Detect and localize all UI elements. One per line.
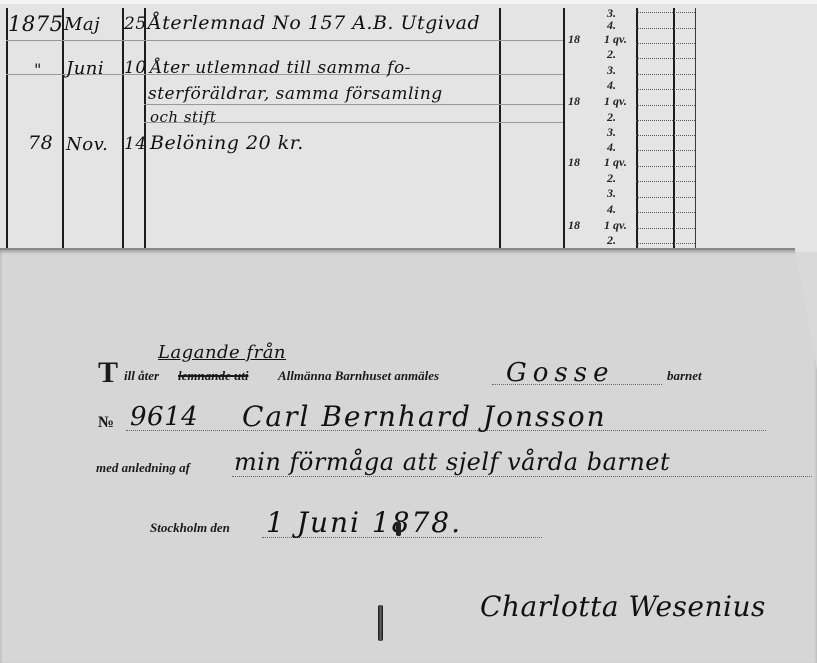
entry-day: 10 bbox=[124, 58, 147, 78]
quarter-dotline bbox=[636, 89, 695, 90]
quarter-dotline bbox=[636, 74, 695, 75]
column-rule bbox=[122, 8, 124, 252]
quarter-dotline bbox=[636, 120, 695, 121]
quarter-label: 3. bbox=[607, 63, 616, 78]
quarter-label: 2. bbox=[607, 47, 616, 62]
reason-field-line bbox=[232, 476, 812, 477]
notification-slip: Lagande från T ill åter lemnande uti All… bbox=[0, 250, 817, 663]
row-rule bbox=[6, 40, 563, 41]
quarter-label: 4. bbox=[607, 78, 616, 93]
entry-year: 78 bbox=[28, 132, 53, 154]
drop-cap: T bbox=[98, 356, 118, 390]
place-label: Stockholm den bbox=[150, 520, 230, 536]
entry-year: " bbox=[34, 60, 42, 79]
entry-text: Återlemnad No 157 A.B. Utgivad bbox=[148, 12, 480, 34]
signature: Charlotta Wesenius bbox=[480, 590, 766, 623]
entry-age: 18 bbox=[568, 155, 580, 170]
entry-month: Juni bbox=[66, 58, 104, 79]
pin-icon bbox=[378, 605, 383, 641]
quarter-dotline bbox=[636, 28, 695, 29]
reason-label: med anledning af bbox=[96, 460, 190, 476]
quarter-dotline bbox=[636, 150, 695, 151]
ledger-register-page: 1875 Maj 25 Återlemnad No 157 A.B. Utgiv… bbox=[0, 0, 817, 252]
reason-value: min förmåga att sjelf vårda barnet bbox=[234, 448, 670, 476]
line1-suffix: barnet bbox=[667, 368, 702, 384]
pin-mark bbox=[396, 522, 401, 536]
quarter-dotline bbox=[636, 197, 695, 198]
child-number: 9614 bbox=[130, 402, 198, 432]
column-rule bbox=[636, 8, 638, 252]
entry-day: 14 bbox=[124, 134, 147, 154]
entry-month: Nov. bbox=[66, 134, 108, 155]
column-rule bbox=[695, 8, 696, 252]
quarter-label: 3. bbox=[607, 186, 616, 201]
column-rule bbox=[144, 8, 146, 252]
date-value: 1 Juni 1878. bbox=[266, 506, 462, 539]
line1-prefix: ill åter bbox=[124, 368, 159, 384]
entry-text-cont: och stift bbox=[150, 108, 216, 126]
quarter-dotline bbox=[636, 135, 695, 136]
quarter-dotline bbox=[636, 43, 695, 44]
child-name: Carl Bernhard Jonsson bbox=[242, 400, 607, 433]
quarter-dotline bbox=[636, 58, 695, 59]
quarter-label: 3. bbox=[607, 125, 616, 140]
entry-age: 18 bbox=[568, 32, 580, 47]
entry-text: Åter utlemnad till samma fo- bbox=[150, 58, 411, 78]
number-label: № bbox=[98, 414, 114, 432]
entry-month: Maj bbox=[64, 14, 100, 35]
quarter-label: 1 qv. bbox=[604, 32, 627, 47]
quarter-label: 4. bbox=[607, 18, 616, 33]
line1-struck: lemnande uti bbox=[178, 368, 248, 384]
gender-value: Gosse bbox=[506, 358, 615, 388]
quarter-dotline bbox=[636, 212, 695, 213]
entry-age: 18 bbox=[568, 218, 580, 233]
quarter-label: 4. bbox=[607, 140, 616, 155]
quarter-dotline bbox=[636, 12, 695, 13]
quarter-label: 1 qv. bbox=[604, 94, 627, 109]
column-rule bbox=[563, 8, 565, 252]
quarter-dotline bbox=[636, 105, 695, 106]
quarter-dotline bbox=[636, 181, 695, 182]
column-rule bbox=[673, 8, 675, 252]
row-rule bbox=[144, 104, 563, 105]
column-rule bbox=[499, 8, 501, 252]
quarter-dotline bbox=[636, 243, 695, 244]
inserted-text: Lagande från bbox=[158, 342, 286, 363]
line1-printed: Allmänna Barnhuset anmäles bbox=[278, 368, 439, 384]
quarter-label: 2. bbox=[607, 233, 616, 248]
entry-text: Belöning 20 kr. bbox=[150, 132, 304, 154]
quarter-label: 1 qv. bbox=[604, 218, 627, 233]
entry-year: 1875 bbox=[8, 12, 63, 36]
quarter-label: 1 qv. bbox=[604, 155, 627, 170]
entry-age: 18 bbox=[568, 94, 580, 109]
quarter-label: 4. bbox=[607, 202, 616, 217]
entry-text-cont: sterföräldrar, samma församling bbox=[148, 84, 443, 104]
quarter-dotline bbox=[636, 166, 695, 167]
quarter-label: 2. bbox=[607, 171, 616, 186]
quarter-label: 2. bbox=[607, 110, 616, 125]
entry-day: 25 bbox=[124, 14, 147, 34]
column-rule bbox=[6, 8, 8, 252]
quarter-dotline bbox=[636, 228, 695, 229]
column-rule bbox=[62, 8, 64, 252]
